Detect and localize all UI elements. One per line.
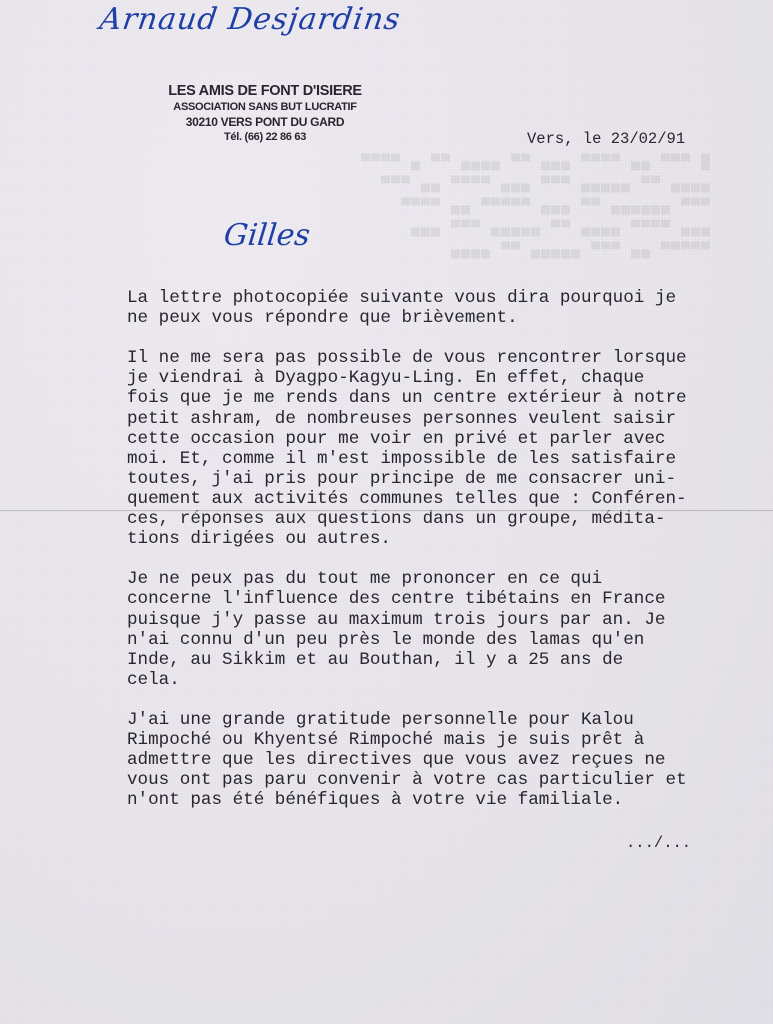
organization-address: 30210 VERS PONT DU GARD: [150, 115, 380, 130]
letterhead-stamp: LES AMIS DE FONT D'ISIERE ASSOCIATION SA…: [150, 82, 380, 145]
paragraph-line: n'ont pas été bénéfiques à votre vie fam…: [127, 790, 727, 810]
paragraph-line: petit ashram, de nombreuses personnes ve…: [127, 409, 727, 429]
paragraph-line: Inde, au Sikkim et au Bouthan, il y a 25…: [127, 650, 727, 670]
letter-paragraph: Il ne me sera pas possible de vous renco…: [127, 348, 727, 549]
letter-paragraph: J'ai une grande gratitude personnelle po…: [127, 710, 727, 810]
paragraph-line: toutes, j'ai pris pour principe de me co…: [127, 469, 727, 489]
paragraph-line: Je ne peux pas du tout me prononcer en c…: [127, 569, 727, 589]
paragraph-line: tions dirigées ou autres.: [127, 529, 727, 549]
paragraph-line: concerne l'influence des centre tibétain…: [127, 589, 727, 609]
date-line: Vers, le 23/02/91: [527, 130, 685, 148]
paragraph-line: ne peux vous répondre que brièvement.: [127, 308, 727, 328]
paragraph-line: Il ne me sera pas possible de vous renco…: [127, 348, 727, 368]
paragraph-line: cela.: [127, 670, 727, 690]
paragraph-line: moi. Et, comme il m'est impossible de le…: [127, 449, 727, 469]
paragraph-line: quement aux activités communes telles qu…: [127, 489, 727, 509]
letter-paragraph: Je ne peux pas du tout me prononcer en c…: [127, 569, 727, 690]
paragraph-line: admettre que les directives que vous ave…: [127, 750, 727, 770]
letter-paragraph: La lettre photocopiée suivante vous dira…: [127, 288, 727, 328]
paragraph-line: fois que je me rends dans un centre exté…: [127, 388, 727, 408]
paper-fold-crease: [0, 510, 773, 512]
handwritten-salutation: Gilles: [222, 218, 312, 253]
organization-name: LES AMIS DE FONT D'ISIERE: [150, 82, 380, 100]
continuation-mark: .../...: [626, 834, 691, 852]
paragraph-line: puisque j'y passe au maximum trois jours…: [127, 610, 727, 630]
organization-status: ASSOCIATION SANS BUT LUCRATIF: [150, 100, 380, 115]
letter-body: La lettre photocopiée suivante vous dira…: [127, 288, 727, 831]
paragraph-line: ces, réponses aux questions dans un grou…: [127, 509, 727, 529]
paragraph-line: je viendrai à Dyagpo-Kagyu-Ling. En effe…: [127, 368, 727, 388]
paragraph-line: n'ai connu d'un peu près le monde des la…: [127, 630, 727, 650]
paragraph-line: La lettre photocopiée suivante vous dira…: [127, 288, 727, 308]
paragraph-line: cette occasion pour me voir en privé et …: [127, 429, 727, 449]
handwritten-signature: Arnaud Desjardins: [98, 2, 403, 37]
paragraph-line: J'ai une grande gratitude personnelle po…: [127, 710, 727, 730]
organization-phone: Tél. (66) 22 86 63: [150, 130, 380, 145]
paragraph-line: Rimpoché ou Khyentsé Rimpoché mais je su…: [127, 730, 727, 750]
paragraph-line: vous ont pas paru convenir à votre cas p…: [127, 770, 727, 790]
